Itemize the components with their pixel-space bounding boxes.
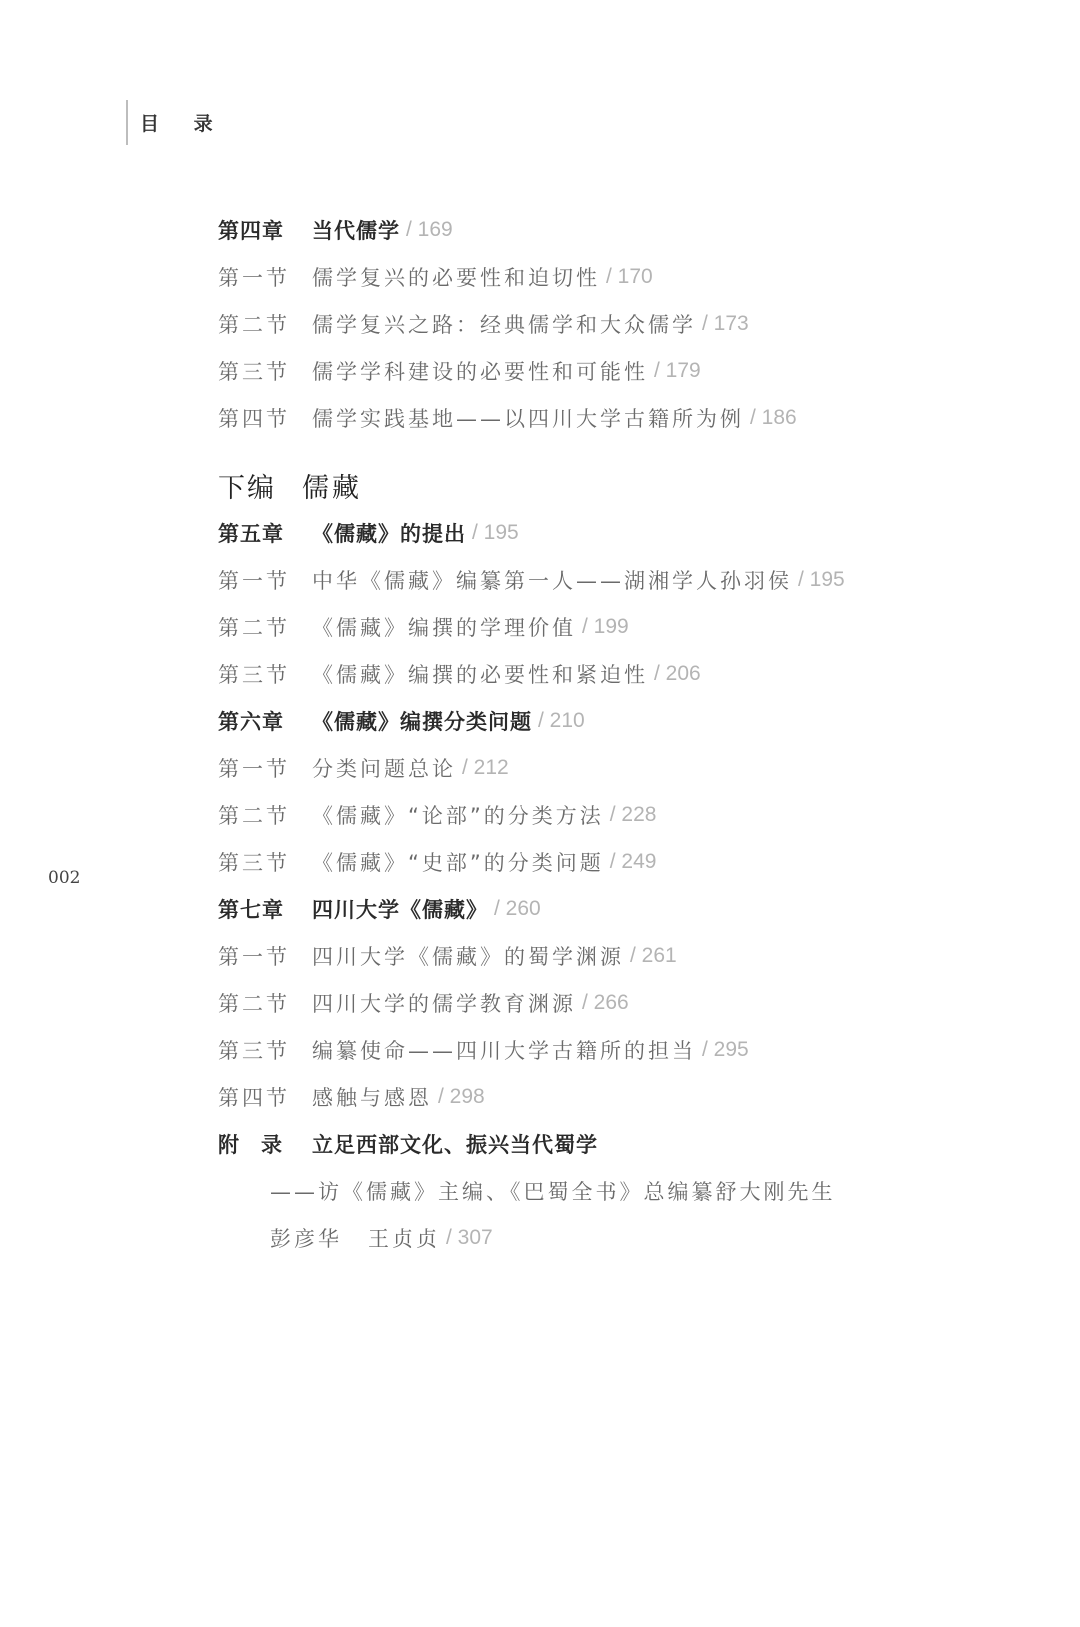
page-ref: / 266	[582, 991, 629, 1015]
chapter-label: 第四章	[218, 215, 312, 245]
chapter-title: 当代儒学	[312, 215, 400, 245]
toc-section[interactable]: 第一节 儒学复兴的必要性和迫切性 / 170	[218, 253, 1018, 300]
section-label: 第二节	[218, 988, 312, 1018]
appendix-label: 附录	[218, 1129, 312, 1159]
toc-appendix-subtitle: ——访《儒藏》主编、《巴蜀全书》总编纂舒大刚先生	[218, 1167, 1018, 1214]
toc-chapter-7[interactable]: 第七章 四川大学《儒藏》 / 260	[218, 885, 1018, 932]
section-label: 第一节	[218, 262, 312, 292]
running-head-title: 目 录	[140, 109, 227, 136]
section-title: 《儒藏》编撰的必要性和紧迫性	[312, 659, 648, 689]
section-title: 儒学复兴之路：经典儒学和大众儒学	[312, 309, 696, 339]
section-label: 第一节	[218, 565, 312, 595]
table-of-contents: 第四章 当代儒学 / 169 第一节 儒学复兴的必要性和迫切性 / 170 第二…	[218, 206, 1018, 1261]
chapter-title: 《儒藏》编撰分类问题	[312, 706, 532, 736]
toc-chapter-4[interactable]: 第四章 当代儒学 / 169	[218, 206, 1018, 253]
section-title: 儒学复兴的必要性和迫切性	[312, 262, 600, 292]
toc-section[interactable]: 第三节 儒学学科建设的必要性和可能性 / 179	[218, 347, 1018, 394]
toc-appendix-authors: 彭彦华 王贞贞 / 307	[218, 1214, 1018, 1261]
section-label: 第四节	[218, 403, 312, 433]
appendix-subtitle: ——访《儒藏》主编、《巴蜀全书》总编纂舒大刚先生	[270, 1176, 836, 1206]
page-ref: / 249	[610, 850, 657, 874]
section-title: 《儒藏》“史部”的分类问题	[312, 847, 604, 877]
section-title: 分类问题总论	[312, 753, 456, 783]
page-ref: / 173	[702, 312, 749, 336]
section-title: 儒学学科建设的必要性和可能性	[312, 356, 648, 386]
toc-appendix[interactable]: 附录 立足西部文化、振兴当代蜀学	[218, 1120, 1018, 1167]
toc-section[interactable]: 第四节 感触与感恩 / 298	[218, 1073, 1018, 1120]
toc-section[interactable]: 第一节 四川大学《儒藏》的蜀学渊源 / 261	[218, 932, 1018, 979]
section-title: 中华《儒藏》编纂第一人——湖湘学人孙羽侯	[312, 565, 792, 595]
page-ref: / 307	[446, 1226, 493, 1250]
chapter-label: 第六章	[218, 706, 312, 736]
section-label: 第四节	[218, 1082, 312, 1112]
part-label: 下编	[218, 466, 302, 505]
page-ref: / 186	[750, 406, 797, 430]
section-label: 第三节	[218, 659, 312, 689]
toc-section[interactable]: 第二节 四川大学的儒学教育渊源 / 266	[218, 979, 1018, 1026]
toc-chapter-6[interactable]: 第六章 《儒藏》编撰分类问题 / 210	[218, 697, 1018, 744]
section-title: 《儒藏》“论部”的分类方法	[312, 800, 604, 830]
section-title: 感触与感恩	[312, 1082, 432, 1112]
section-label: 第二节	[218, 800, 312, 830]
section-title: 《儒藏》编撰的学理价值	[312, 612, 576, 642]
toc-part-heading[interactable]: 下编 儒藏	[218, 441, 1018, 509]
page-ref: / 199	[582, 615, 629, 639]
page-number: 002	[48, 868, 80, 888]
section-label: 第三节	[218, 1035, 312, 1065]
toc-section[interactable]: 第三节 编纂使命——四川大学古籍所的担当 / 295	[218, 1026, 1018, 1073]
toc-section[interactable]: 第三节 《儒藏》“史部”的分类问题 / 249	[218, 838, 1018, 885]
part-title: 儒藏	[302, 466, 362, 505]
section-title: 儒学实践基地——以四川大学古籍所为例	[312, 403, 744, 433]
section-label: 第一节	[218, 753, 312, 783]
running-head: 目 录	[126, 100, 227, 145]
page-ref: / 169	[406, 218, 453, 242]
chapter-label: 第五章	[218, 518, 312, 548]
page-ref: / 206	[654, 662, 701, 686]
page-ref: / 212	[462, 756, 509, 780]
toc-section[interactable]: 第二节 《儒藏》“论部”的分类方法 / 228	[218, 791, 1018, 838]
toc-chapter-5[interactable]: 第五章 《儒藏》的提出 / 195	[218, 509, 1018, 556]
toc-section[interactable]: 第二节 儒学复兴之路：经典儒学和大众儒学 / 173	[218, 300, 1018, 347]
page-ref: / 170	[606, 265, 653, 289]
page-ref: / 295	[702, 1038, 749, 1062]
appendix-title: 立足西部文化、振兴当代蜀学	[312, 1129, 598, 1159]
page-ref: / 260	[494, 897, 541, 921]
toc-section[interactable]: 第四节 儒学实践基地——以四川大学古籍所为例 / 186	[218, 394, 1018, 441]
toc-section[interactable]: 第二节 《儒藏》编撰的学理价值 / 199	[218, 603, 1018, 650]
page-ref: / 195	[472, 521, 519, 545]
section-label: 第二节	[218, 309, 312, 339]
author-1: 彭彦华	[270, 1223, 342, 1253]
chapter-title: 四川大学《儒藏》	[312, 894, 488, 924]
toc-section[interactable]: 第三节 《儒藏》编撰的必要性和紧迫性 / 206	[218, 650, 1018, 697]
toc-section[interactable]: 第一节 中华《儒藏》编纂第一人——湖湘学人孙羽侯 / 195	[218, 556, 1018, 603]
page-ref: / 228	[610, 803, 657, 827]
chapter-title: 《儒藏》的提出	[312, 518, 466, 548]
section-label: 第三节	[218, 356, 312, 386]
page-ref: / 261	[630, 944, 677, 968]
page-ref: / 298	[438, 1085, 485, 1109]
page-ref: / 210	[538, 709, 585, 733]
chapter-label: 第七章	[218, 894, 312, 924]
section-label: 第二节	[218, 612, 312, 642]
author-2: 王贞贞	[368, 1223, 440, 1253]
toc-section[interactable]: 第一节 分类问题总论 / 212	[218, 744, 1018, 791]
section-label: 第三节	[218, 847, 312, 877]
section-title: 四川大学的儒学教育渊源	[312, 988, 576, 1018]
section-title: 编纂使命——四川大学古籍所的担当	[312, 1035, 696, 1065]
section-title: 四川大学《儒藏》的蜀学渊源	[312, 941, 624, 971]
page-ref: / 195	[798, 568, 845, 592]
section-label: 第一节	[218, 941, 312, 971]
page-ref: / 179	[654, 359, 701, 383]
